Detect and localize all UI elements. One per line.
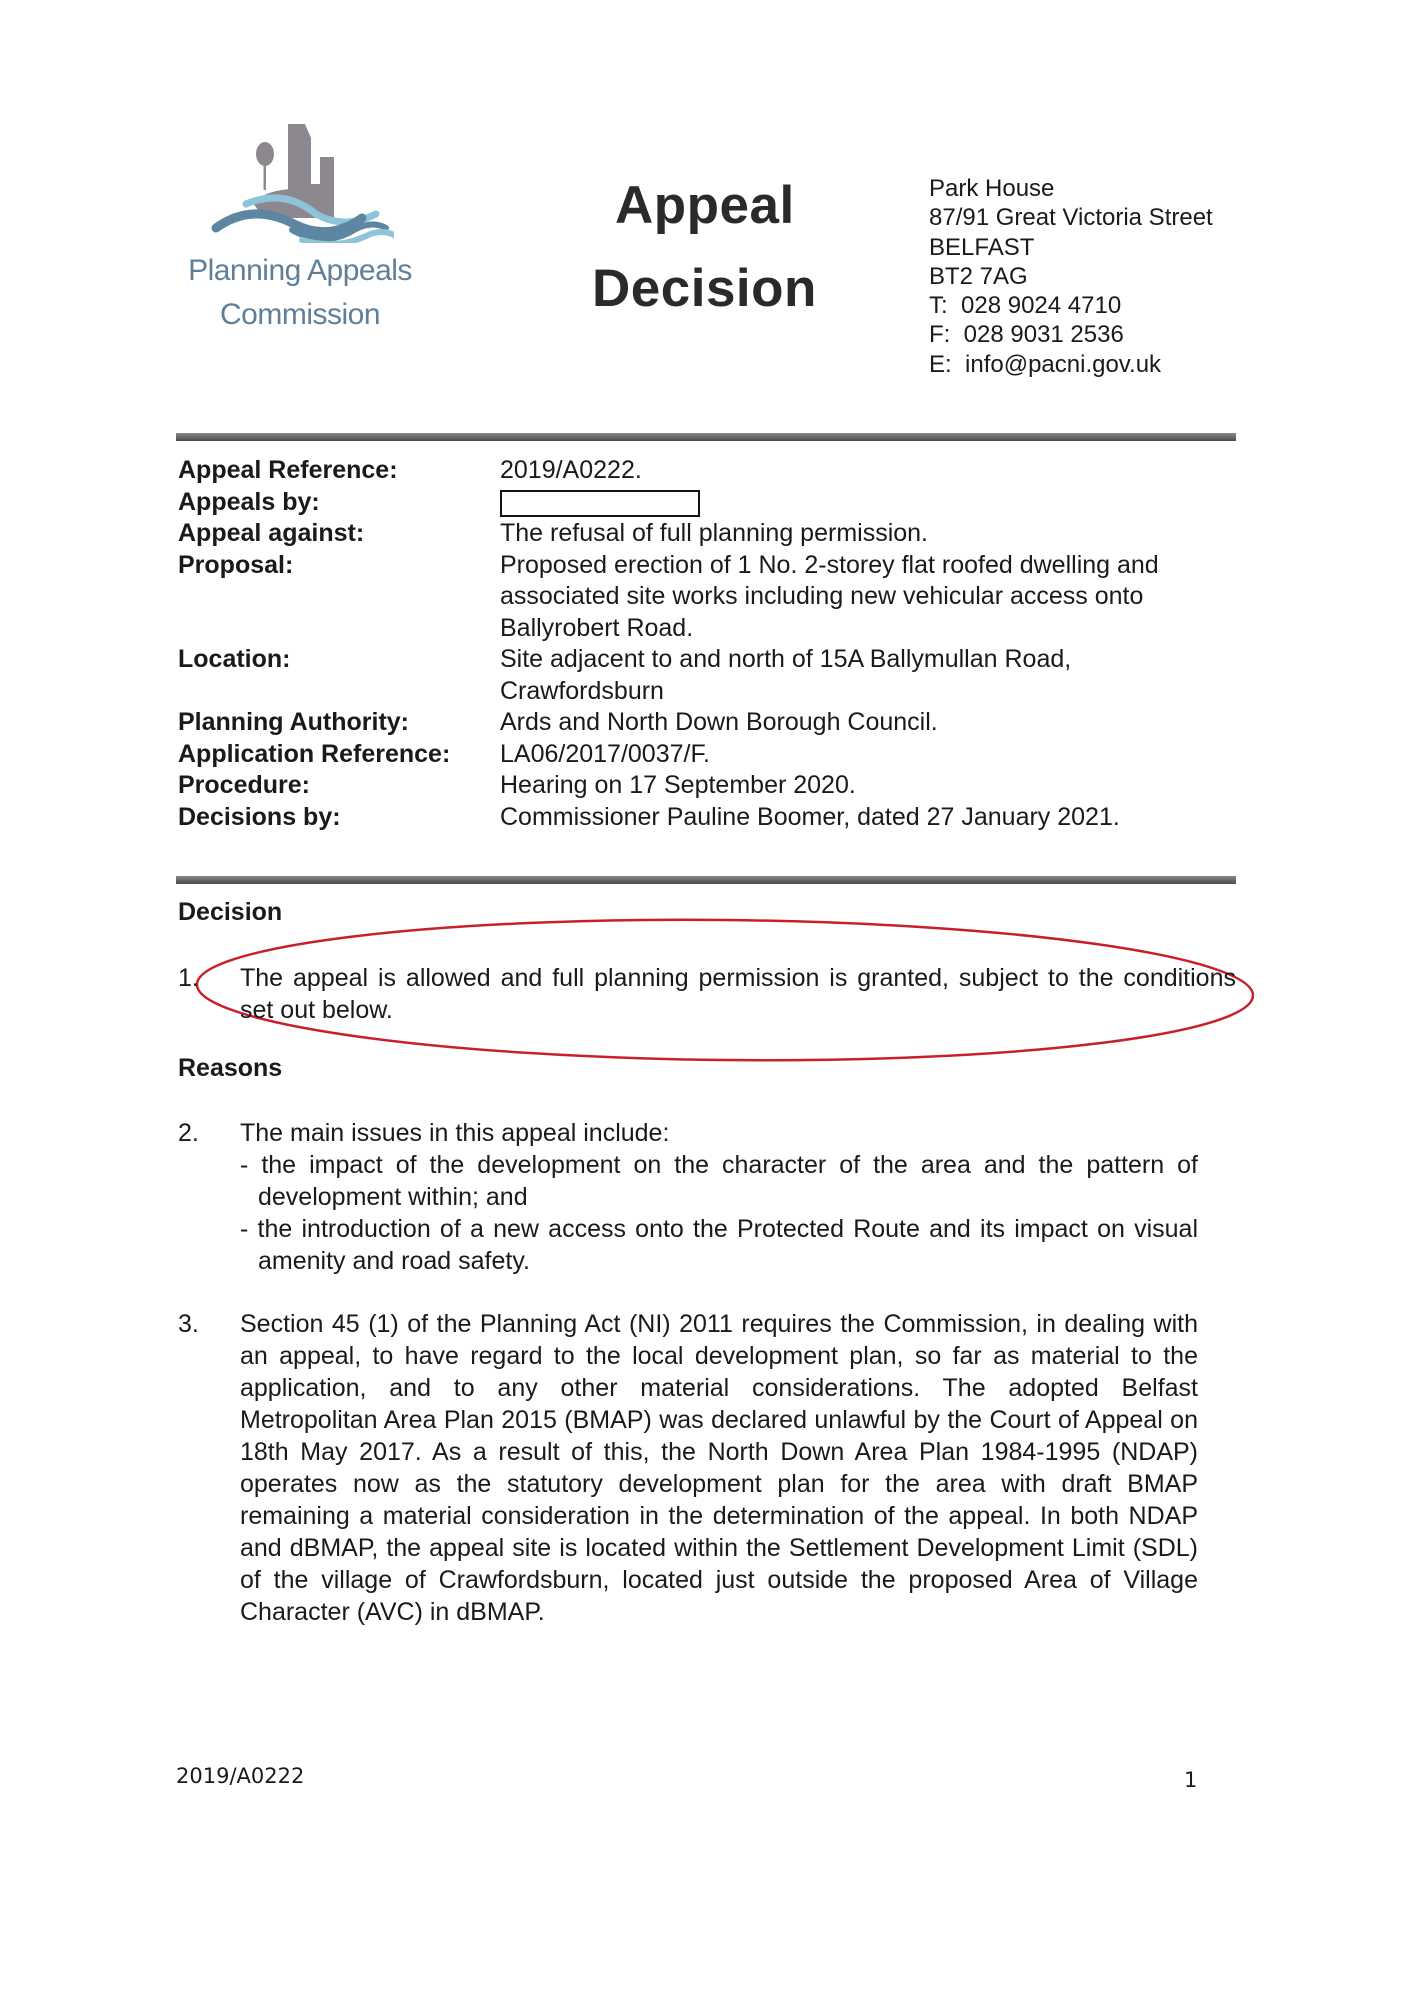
planning-appeals-commission-logo: Planning Appeals Commission (180, 118, 420, 348)
detail-row-application-reference: Application Reference: LA06/2017/0037/F. (178, 739, 1238, 771)
detail-row-appeal-reference: Appeal Reference: 2019/A0222. (178, 455, 1238, 487)
paragraph-text: Section 45 (1) of the Planning Act (NI) … (240, 1308, 1198, 1628)
divider-bottom (176, 876, 1236, 884)
paragraph-text: The appeal is allowed and full planning … (240, 962, 1236, 1026)
issue-bullet: - the introduction of a new access onto … (240, 1213, 1198, 1277)
detail-value: Proposed erection of 1 No. 2-storey flat… (500, 550, 1238, 645)
city-waves-logo-icon (204, 118, 394, 243)
address-line: BT2 7AG (929, 262, 1213, 291)
redacted-box (500, 490, 700, 517)
address-line: 87/91 Great Victoria Street (929, 203, 1213, 232)
detail-value: The refusal of full planning permission. (500, 518, 1238, 550)
detail-value: 2019/A0222. (500, 455, 1238, 487)
detail-value: Commissioner Pauline Boomer, dated 27 Ja… (500, 802, 1238, 834)
paragraph-number: 1. (178, 962, 199, 994)
commission-address: Park House 87/91 Great Victoria Street B… (929, 174, 1213, 379)
detail-row-planning-authority: Planning Authority: Ards and North Down … (178, 707, 1238, 739)
footer-reference: 2019/A0222 (176, 1764, 304, 1788)
detail-value (500, 487, 1238, 519)
detail-row-proposal: Proposal: Proposed erection of 1 No. 2-s… (178, 550, 1238, 645)
paragraph-number: 2. (178, 1117, 199, 1149)
logo-text-line1: Planning Appeals (180, 254, 420, 288)
email: E: info@pacni.gov.uk (929, 350, 1213, 379)
detail-label: Procedure: (178, 770, 500, 802)
detail-label: Location: (178, 644, 500, 707)
detail-row-appeal-against: Appeal against: The refusal of full plan… (178, 518, 1238, 550)
detail-row-location: Location: Site adjacent to and north of … (178, 644, 1238, 707)
document-title-line2: Decision (592, 258, 817, 319)
detail-row-decisions-by: Decisions by: Commissioner Pauline Boome… (178, 802, 1238, 834)
detail-label: Application Reference: (178, 739, 500, 771)
paragraph-number: 3. (178, 1308, 199, 1340)
address-line: BELFAST (929, 233, 1213, 262)
fax: F: 028 9031 2536 (929, 320, 1213, 349)
detail-label: Proposal: (178, 550, 500, 645)
detail-value: LA06/2017/0037/F. (500, 739, 1238, 771)
reasons-heading: Reasons (178, 1054, 282, 1083)
detail-label: Appeal against: (178, 518, 500, 550)
detail-row-procedure: Procedure: Hearing on 17 September 2020. (178, 770, 1238, 802)
page-number: 1 (1184, 1768, 1197, 1792)
detail-value: Site adjacent to and north of 15A Ballym… (500, 644, 1238, 707)
detail-row-appeals-by: Appeals by: (178, 487, 1238, 519)
detail-label: Appeals by: (178, 487, 500, 519)
divider-top (176, 433, 1236, 441)
detail-label: Planning Authority: (178, 707, 500, 739)
logo-text-line2: Commission (180, 298, 420, 332)
appeal-details: Appeal Reference: 2019/A0222. Appeals by… (178, 455, 1238, 833)
document-title-line1: Appeal (615, 175, 795, 236)
address-line: Park House (929, 174, 1213, 203)
paragraph-text: The main issues in this appeal include: (240, 1117, 1198, 1149)
reasons-paragraph-2: 2. The main issues in this appeal includ… (178, 1117, 1198, 1277)
issue-bullet: - the impact of the development on the c… (240, 1149, 1198, 1213)
reasons-paragraph-3: 3. Section 45 (1) of the Planning Act (N… (178, 1308, 1198, 1628)
telephone: T: 028 9024 4710 (929, 291, 1213, 320)
decision-paragraph-1: 1. The appeal is allowed and full planni… (178, 962, 1236, 1026)
detail-value: Hearing on 17 September 2020. (500, 770, 1238, 802)
detail-label: Appeal Reference: (178, 455, 500, 487)
detail-value: Ards and North Down Borough Council. (500, 707, 1238, 739)
detail-label: Decisions by: (178, 802, 500, 834)
